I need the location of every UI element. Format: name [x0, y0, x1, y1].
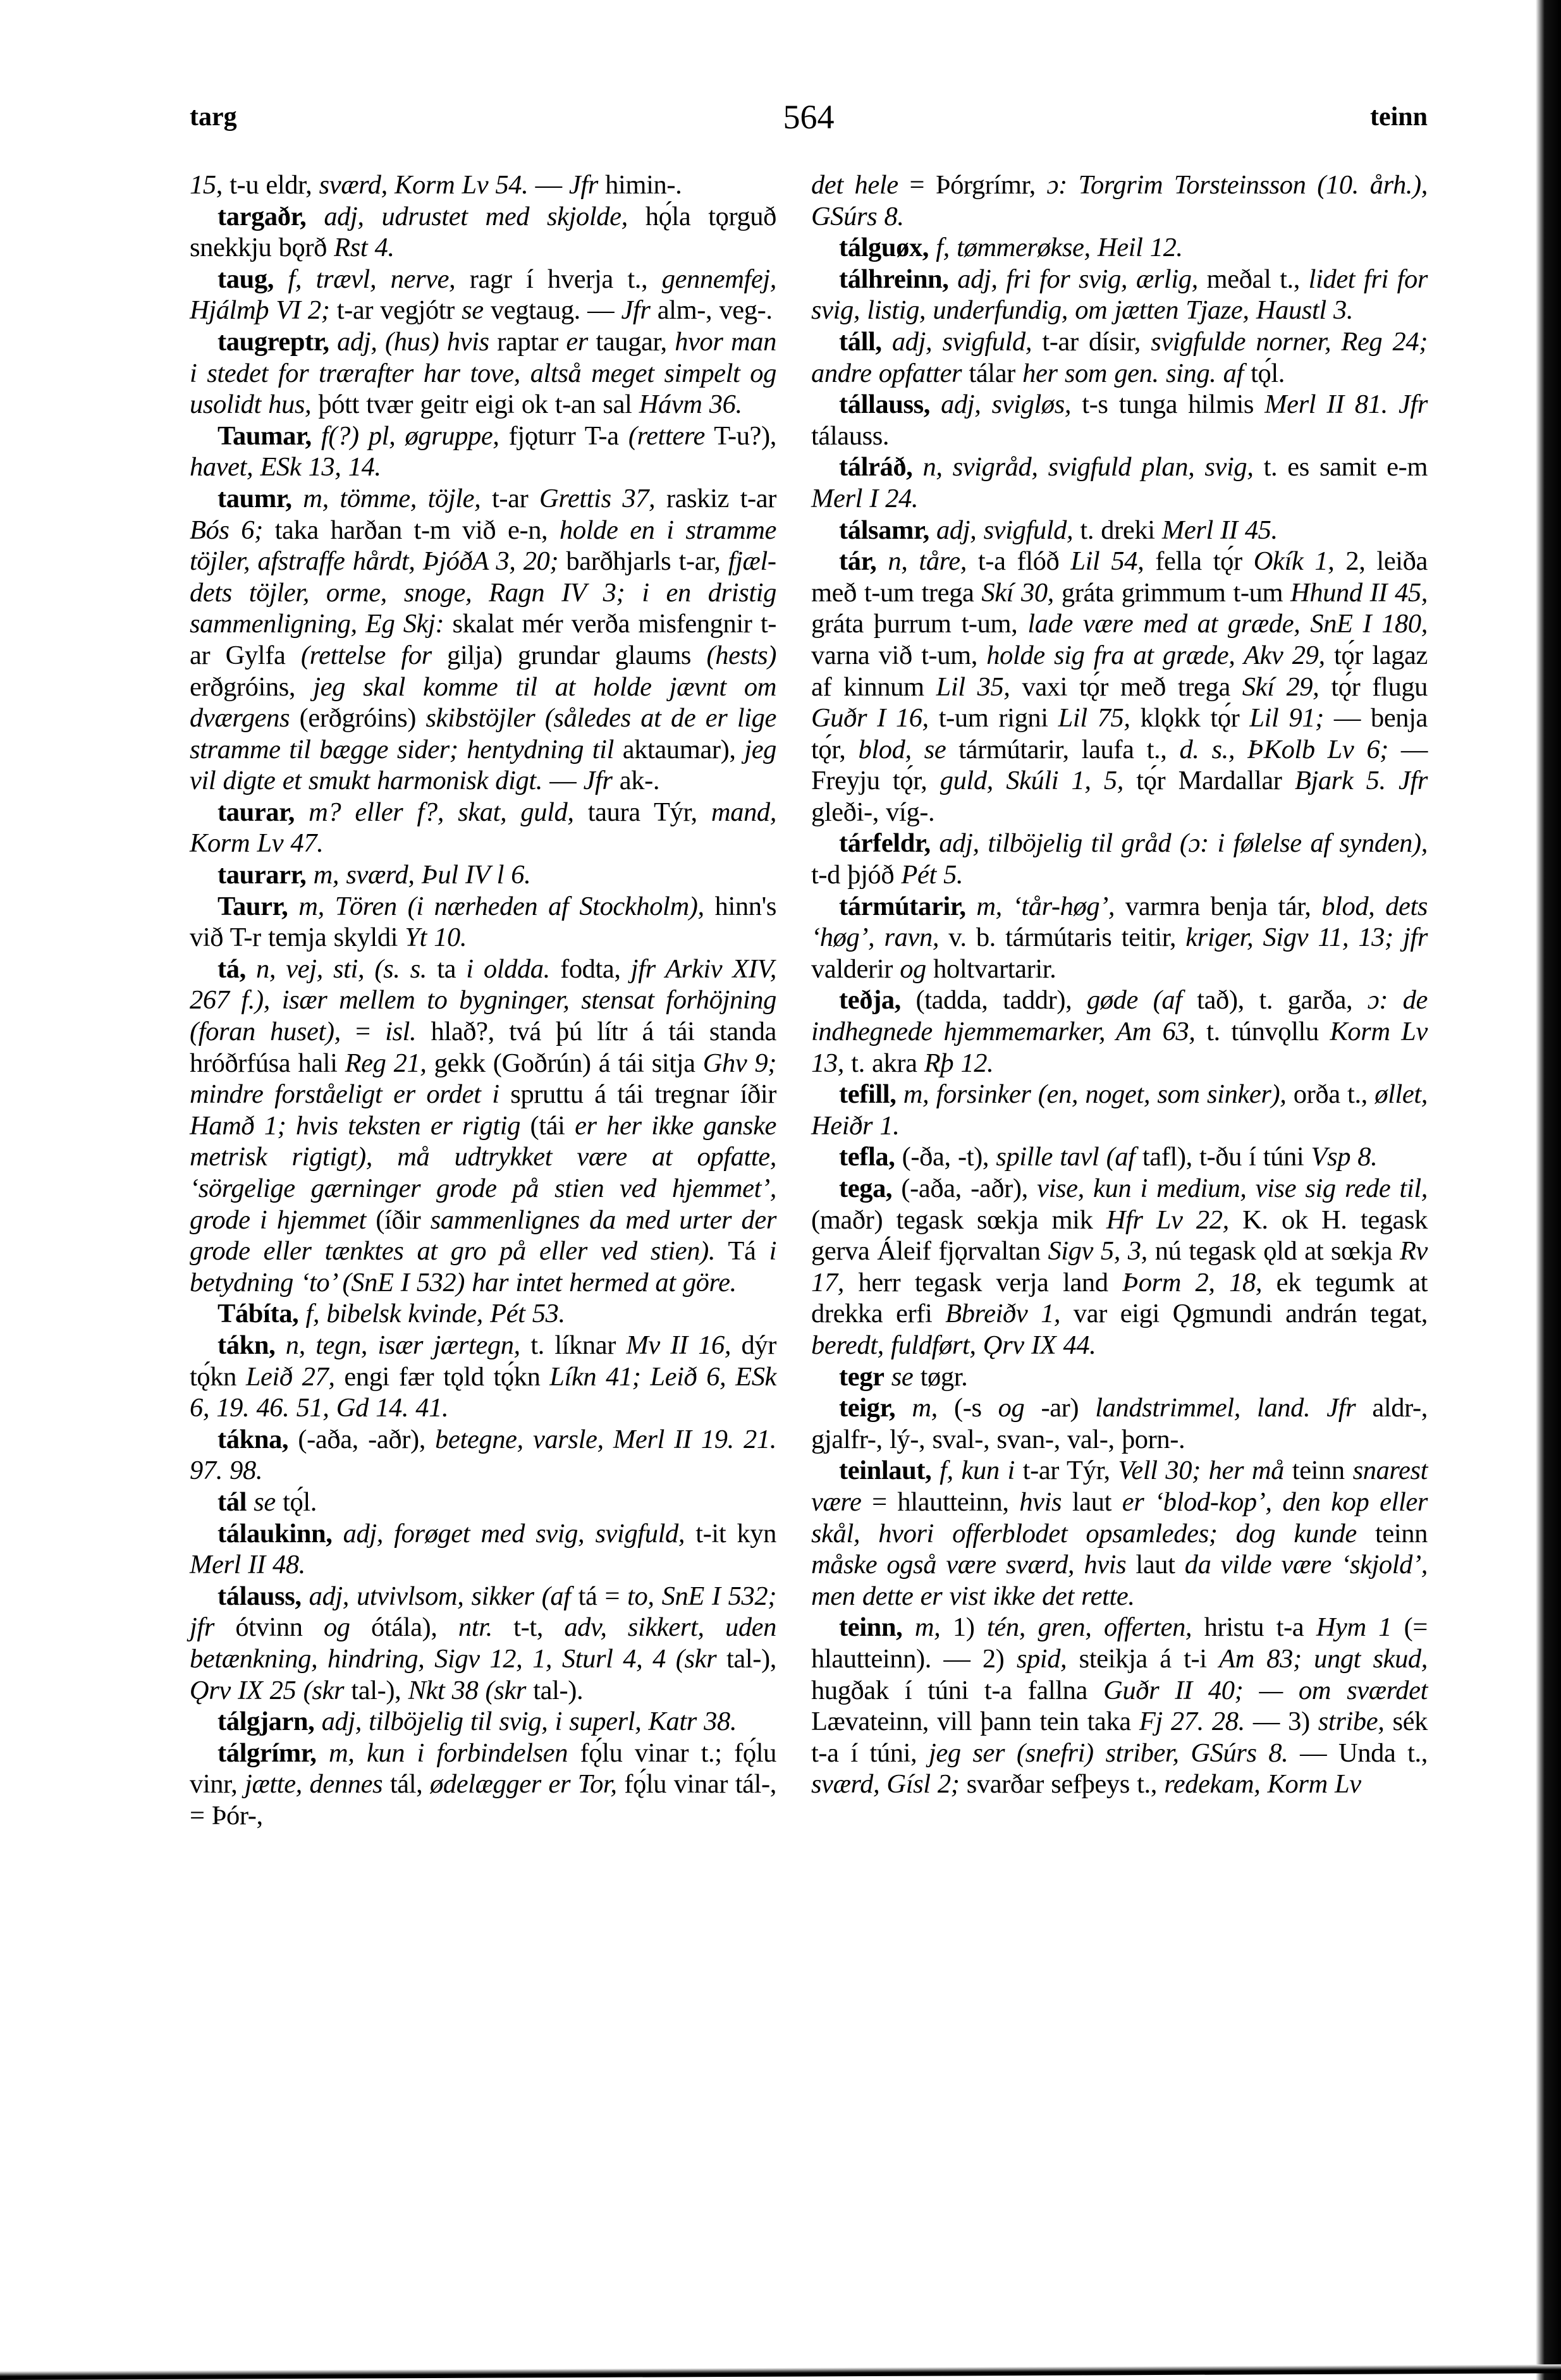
italic-gloss: lade være med at græde, SnE I 180, [1027, 609, 1428, 639]
roman-text: himin-. [598, 170, 682, 200]
roman-text [329, 327, 338, 357]
roman-text: laut [1062, 1487, 1122, 1517]
italic-gloss: Skí 30, [981, 578, 1054, 608]
italic-gloss: det hele [811, 170, 898, 200]
italic-gloss: m, tömme, töjle, [303, 484, 481, 513]
italic-gloss: spid, [1017, 1644, 1067, 1674]
italic-gloss: adj, fri for svig, ærlig, [957, 264, 1198, 294]
roman-text: ta [427, 954, 466, 984]
italic-gloss: og [324, 1612, 350, 1642]
roman-text: orða t., [1286, 1079, 1374, 1109]
roman-text: ótála), [350, 1612, 458, 1642]
roman-text: varna við t-um, [811, 641, 986, 670]
roman-text: tálar [962, 359, 1022, 388]
roman-text: gleði-, víg-. [811, 797, 934, 827]
scan-edge-shadow-right [1536, 0, 1561, 2380]
roman-text: alm-, veg-. [650, 295, 772, 325]
italic-gloss: gøde (af [1087, 985, 1182, 1015]
headword: tár, [839, 546, 876, 576]
roman-text: ragr í hverja t., [455, 264, 661, 294]
roman-text [902, 1612, 915, 1642]
dictionary-entry: tálhreinn, adj, fri for svig, ærlig, með… [811, 264, 1428, 326]
italic-gloss: blod, se [859, 735, 946, 764]
roman-text [247, 1487, 254, 1517]
headword: tálsamr, [839, 515, 929, 545]
italic-gloss: Hym 1 [1316, 1612, 1392, 1642]
roman-text: valderir [811, 954, 900, 984]
roman-text [302, 1581, 309, 1611]
italic-gloss: n, svigråd, svigfuld plan, svig, [923, 452, 1254, 482]
roman-text: tǫ́l. [276, 1487, 317, 1517]
headword: teigr, [839, 1393, 895, 1423]
roman-text: tøgr. [913, 1362, 967, 1392]
italic-gloss: adj, tilböjelig til gråd (ɔ: i følelse a… [939, 828, 1428, 858]
italic-gloss: m, Tören (i nærheden af Stock­holm), [298, 892, 704, 921]
italic-gloss: (rettelse for [301, 641, 432, 670]
italic-gloss: holde sig fra at græde, Akv 29, [986, 641, 1325, 670]
headword: Taumar, [217, 421, 312, 451]
italic-gloss: Skí 29, [1242, 672, 1319, 702]
roman-text: , t-u eldr, [216, 170, 319, 200]
dictionary-entry: tár, n, tåre, t-a flóð Lil 54, fella tǫ́… [811, 546, 1428, 828]
dictionary-entry: tál se tǫ́l. [190, 1487, 776, 1518]
roman-text [966, 892, 977, 921]
italic-gloss: Leið 27, [246, 1362, 335, 1392]
roman-text: hugðak í túni t-a fallna [811, 1676, 1103, 1705]
italic-gloss: adj, (hus) hvis [337, 327, 489, 357]
italic-gloss: Sigv 5, 3, [1048, 1236, 1147, 1266]
dictionary-entry: tákna, (-aða, -aðr), betegne, varsle, Me… [190, 1424, 776, 1487]
italic-gloss: stribe, [1318, 1707, 1385, 1736]
italic-gloss: Reg 21, [345, 1048, 427, 1078]
roman-text: laut [1126, 1550, 1185, 1580]
roman-text: tál, [383, 1769, 430, 1799]
roman-text [896, 1079, 903, 1109]
roman-text: (-aða, -aðr), [892, 1174, 1037, 1203]
italic-gloss: Nkt 38 (skr [408, 1676, 526, 1705]
roman-text: taura Týr, [574, 797, 711, 827]
roman-text: tal-), [344, 1676, 408, 1705]
italic-gloss: sværd, Korm Lv 54. [319, 170, 529, 200]
italic-gloss: f, kun i [940, 1456, 1015, 1485]
italic-gloss: Guðr I 16, [811, 703, 929, 733]
italic-gloss: Bjark 5. Jfr [1295, 766, 1428, 795]
headword: taurarr, [217, 860, 306, 890]
roman-text [298, 1299, 305, 1328]
roman-text: = [341, 1017, 385, 1046]
roman-text: fodta, [550, 954, 631, 984]
roman-text: (-s [938, 1393, 998, 1423]
roman-text [295, 797, 309, 827]
roman-text: = Þórgrímr, [898, 170, 1047, 200]
italic-gloss: Merl II 45. [1162, 515, 1278, 545]
roman-text: spruttu á tái tregnar íðir [499, 1079, 776, 1109]
italic-gloss: Mv II 16, [626, 1330, 731, 1360]
italic-gloss: spille tavl (af [996, 1142, 1135, 1172]
headword: tállauss, [839, 390, 930, 419]
roman-text: ótvinn [214, 1612, 324, 1642]
italic-gloss: se [254, 1487, 276, 1517]
dictionary-entry: teinlaut, f, kun i t-ar Týr, Vell 30; he… [811, 1455, 1428, 1612]
headword: tálgjarn, [217, 1707, 314, 1736]
dictionary-entry: tármútarir, m, ‘tår-høg’, varmra benja t… [811, 891, 1428, 985]
roman-text: (maðr) tegask sœkja mik [811, 1205, 1106, 1235]
roman-text [312, 421, 321, 451]
roman-text: — 3) [1245, 1707, 1318, 1736]
dictionary-entry: tálguøx, f, tømmerøkse, Heil 12. [811, 232, 1428, 264]
italic-gloss: adj, tilböjelig til svig, i superl, Katr… [322, 1707, 737, 1736]
roman-text [274, 264, 288, 294]
italic-gloss: adj, svigløs, [941, 390, 1071, 419]
dictionary-entry: teinn, m, 1) tén, gren, offerten, hristu… [811, 1612, 1428, 1800]
roman-text: t. akra [844, 1048, 924, 1078]
roman-text: raptar [489, 327, 566, 357]
italic-gloss: f(?) pl, øgruppe, [321, 421, 499, 451]
italic-gloss: f, bibelsk kvinde, Pét 53. [306, 1299, 565, 1328]
roman-text: þótt tvær geitr eigi ok t-an sal [311, 390, 639, 419]
italic-gloss: Lil 54, [1070, 546, 1144, 576]
headword: taurar, [217, 797, 295, 827]
roman-text: meðal t., [1198, 264, 1309, 294]
roman-text [306, 860, 313, 890]
headword: teinlaut, [839, 1456, 931, 1485]
italic-gloss: n, tåre, [888, 546, 967, 576]
roman-text: engi fær tǫld tǫ́kn [335, 1362, 550, 1392]
italic-gloss: Bós 6; [190, 515, 263, 545]
italic-gloss: her som gen. sing. af [1022, 359, 1244, 388]
roman-text [929, 233, 936, 262]
italic-gloss: isl. [385, 1017, 416, 1046]
roman-text: t-it kyn [685, 1519, 776, 1549]
headword: targaðr, [217, 202, 306, 231]
dictionary-entry: tállauss, adj, svigløs, t-s tunga hilmis… [811, 389, 1428, 451]
italic-gloss: havet, ESk 13, 14. [190, 452, 381, 482]
roman-text: hristu t-a [1192, 1612, 1316, 1642]
roman-text: tálauss. [811, 421, 889, 451]
headword: tálráð, [839, 452, 912, 482]
italic-gloss: Lil 91; [1249, 703, 1324, 733]
roman-text: steikja á t-i [1067, 1644, 1219, 1674]
dictionary-entry: tefla, (-ða, -t), spille tavl (af tafl),… [811, 1141, 1428, 1173]
headword: Taurr, [217, 892, 288, 921]
dictionary-entry: tálgjarn, adj, tilböjelig til svig, i su… [190, 1706, 776, 1738]
roman-text: t-t, [493, 1612, 565, 1642]
roman-text: (íðir [366, 1205, 431, 1235]
dictionary-entry: taug, f, trævl, nerve, ragr í hverja t.,… [190, 264, 776, 326]
dictionary-entry-continued: 15, t-u eldr, sværd, Korm Lv 54. — Jfr h… [190, 169, 776, 201]
italic-gloss: n, vej, sti, (s. s. [256, 954, 427, 984]
roman-text [885, 1362, 891, 1392]
italic-gloss: Jfr [569, 170, 598, 200]
text-column-left: 15, t-u eldr, sværd, Korm Lv 54. — Jfr h… [190, 169, 776, 1831]
roman-text: tað), t. garða, [1182, 985, 1368, 1015]
roman-text: gráta grimmum t-um [1054, 578, 1290, 608]
italic-gloss: Guðr II 40; — om sværdet [1103, 1676, 1428, 1705]
italic-gloss: sværd, Gísl 2; [811, 1769, 960, 1799]
headword: tál [217, 1487, 247, 1517]
italic-gloss: m, ‘tår-høg’, [976, 892, 1115, 921]
dictionary-entry: taumr, m, tömme, töjle, t-ar Grettis 37,… [190, 483, 776, 797]
roman-text: holtvartarir. [926, 954, 1056, 984]
roman-text: tal-), [716, 1644, 776, 1674]
headword: teinn, [839, 1612, 902, 1642]
roman-text: t-a flóð [967, 546, 1070, 576]
headword: Tábíta, [217, 1299, 298, 1328]
italic-gloss: n, tegn, især jærtegn, [286, 1330, 520, 1360]
italic-gloss: f, trævl, nerve, [288, 264, 455, 294]
roman-text [931, 828, 940, 858]
roman-text: t-ar dísir, [1032, 327, 1151, 357]
italic-gloss: Hfr Lv 22, [1106, 1205, 1229, 1235]
roman-text: T-u?), [705, 421, 776, 451]
italic-gloss: m, kun i forbindelsen [329, 1738, 568, 1768]
roman-text: v. b. tármútaris teitir, [939, 923, 1185, 952]
roman-text: fjǫturr T-a [499, 421, 628, 451]
roman-text [275, 1330, 285, 1360]
italic-gloss: se [462, 295, 484, 325]
italic-gloss: Merl II 48. [190, 1550, 305, 1580]
roman-text [314, 1707, 321, 1736]
italic-gloss: m, [915, 1612, 941, 1642]
dictionary-entry: teðja, (tadda, taddr), gøde (af tað), t.… [811, 985, 1428, 1079]
dictionary-entry: tá, n, vej, sti, (s. s. ta i oldda. fodt… [190, 954, 776, 1299]
italic-gloss: Merl II 81. Jfr [1264, 390, 1428, 419]
roman-text: herr tegask verja land [844, 1268, 1122, 1297]
italic-gloss: d. s., ÞKolb Lv 6; [1179, 735, 1388, 764]
roman-text: teinn [1284, 1456, 1353, 1485]
roman-text: nú tegask ǫld at sœkja [1148, 1236, 1400, 1266]
roman-text: tǫ́r flugu [1319, 672, 1428, 702]
headword: tálaukinn, [217, 1519, 332, 1549]
roman-text: — Unda t., [1288, 1738, 1428, 1768]
headword: taumr, [217, 484, 292, 513]
headword: tefla, [839, 1142, 895, 1172]
italic-gloss: ntr. [458, 1612, 493, 1642]
italic-gloss: (hests) [706, 641, 776, 670]
roman-text: gilja) grundar glaums [432, 641, 707, 670]
roman-text [246, 954, 256, 984]
headword: tálauss, [217, 1581, 302, 1611]
italic-gloss: Rþ 12. [924, 1048, 994, 1078]
dictionary-entry: tálráð, n, svigråd, svigfuld plan, svig,… [811, 451, 1428, 514]
roman-text: (-aða, -aðr), [288, 1425, 435, 1454]
roman-text: barðhjarls t-ar, [558, 546, 728, 576]
roman-text: = hlautteinn, [861, 1487, 1019, 1517]
roman-text: t. es samit e-m [1253, 452, 1428, 482]
italic-gloss: Hávm 36. [639, 390, 742, 419]
roman-text: varmra benja tár, [1115, 892, 1321, 921]
roman-text [332, 1519, 343, 1549]
headword: tega, [839, 1174, 892, 1203]
roman-text: taka harðan t-m við e-n, [263, 515, 560, 545]
dictionary-entry: taurarr, m, sværd, Þul IV l 6. [190, 859, 776, 891]
dictionary-entry-continued: det hele = Þórgrímr, ɔ: Torgrim Tor­stei… [811, 169, 1428, 232]
italic-gloss: Hamð 1; hvis teksten er rigtig [190, 1111, 520, 1141]
italic-gloss: Okík 1, [1254, 546, 1335, 576]
roman-text [288, 892, 298, 921]
dictionary-entry: tálsamr, adj, svigfuld, t. dreki Merl II… [811, 515, 1428, 546]
roman-text: svarðar sefþeys t., [960, 1769, 1165, 1799]
roman-text [292, 484, 303, 513]
roman-text: t. dreki [1073, 515, 1162, 545]
headword: tálgrímr, [217, 1738, 317, 1768]
italic-gloss: Jfr [584, 766, 613, 795]
italic-gloss: m, forsinker (en, noget, som sin­ker), [903, 1079, 1287, 1109]
italic-gloss: adj, svigfuld, [936, 515, 1073, 545]
roman-text: -ar) [1024, 1393, 1095, 1423]
roman-text: var eigi Ǫgmundi andrán tegat, [1060, 1299, 1428, 1328]
italic-gloss: adj, svigfuld, [892, 327, 1032, 357]
dictionary-entry: táll, adj, svigfuld, t-ar dísir, svigful… [811, 326, 1428, 389]
roman-text: teinn [1357, 1519, 1428, 1549]
roman-text: taugar, [588, 327, 675, 357]
italic-gloss: Vell 30; her må [1118, 1456, 1285, 1485]
italic-gloss: jætte, dennes [245, 1769, 383, 1799]
italic-gloss: Bbreiðv 1, [945, 1299, 1060, 1328]
italic-gloss: (rettere [628, 421, 705, 451]
page-number: 564 [190, 101, 1428, 133]
dictionary-entry: tálgrímr, m, kun i forbindelsen fǫ́lu vi… [190, 1738, 776, 1832]
headword: tálhreinn, [839, 264, 949, 294]
italic-gloss: er [566, 327, 588, 357]
roman-text: aktaumar), [614, 735, 744, 764]
italic-gloss: og [900, 954, 926, 984]
roman-text: tafl), t-ðu í túni [1136, 1142, 1311, 1172]
roman-text: fella tǫ́r [1144, 546, 1253, 576]
italic-gloss: se [891, 1362, 914, 1392]
italic-gloss: Hhund II 45, [1290, 578, 1428, 608]
roman-text: gekk (Goðrún) á tái sitja [427, 1048, 703, 1078]
roman-text: tá = [571, 1581, 628, 1611]
italic-gloss: adj, forøget med svig, svig­fuld, [343, 1519, 685, 1549]
roman-text [949, 264, 958, 294]
roman-text [876, 546, 888, 576]
roman-text: Lævateinn, vill þann tein taka [811, 1707, 1139, 1736]
dictionary-entry: tálaukinn, adj, forøget med svig, svig­f… [190, 1518, 776, 1581]
roman-text [306, 202, 324, 231]
roman-text: raskiz t-ar [655, 484, 776, 513]
italic-gloss: og [998, 1393, 1025, 1423]
dictionary-entry: tefill, m, forsinker (en, noget, som sin… [811, 1079, 1428, 1141]
italic-gloss: Rst 4. [334, 233, 394, 262]
italic-gloss: Merl I 24. [811, 484, 918, 513]
italic-gloss: landstrimmel, land. Jfr [1095, 1393, 1356, 1423]
headword: tefill, [839, 1079, 896, 1109]
italic-gloss: Pét 5. [901, 860, 963, 890]
italic-gloss: Þorm 2, 18, [1122, 1268, 1262, 1297]
italic-gloss: måske også være sværd, hvis [811, 1550, 1126, 1580]
headword: teðja, [839, 985, 901, 1015]
roman-text: tal-). [526, 1676, 583, 1705]
italic-gloss: 15 [190, 170, 216, 200]
roman-text: vaxi tǫ́r með trega [1010, 672, 1242, 702]
italic-gloss: Lil 75, [1058, 703, 1130, 733]
headword: tálguøx, [839, 233, 929, 262]
roman-text: t-um rigni [929, 703, 1058, 733]
roman-text: (-ða, -t), [895, 1142, 996, 1172]
roman-text: t. líknar [520, 1330, 627, 1360]
roman-text: vegtaug. — [484, 295, 621, 325]
italic-gloss: m, [912, 1393, 938, 1423]
dictionary-entry: taugreptr, adj, (hus) hvis raptar er tau… [190, 326, 776, 420]
italic-gloss: Grettis 37, [539, 484, 655, 513]
running-head-last-word: teinn [1370, 101, 1428, 133]
headword: taugreptr, [217, 327, 329, 357]
italic-gloss: m? eller f?, skat, guld, [309, 797, 573, 827]
dictionary-entry: tega, (-aða, -aðr), vise, kun i medium, … [811, 1173, 1428, 1361]
italic-gloss: kriger, Sigv 11, 13; jfr [1185, 923, 1428, 952]
italic-gloss: adj, utvivlsom, sikker (af [309, 1581, 571, 1611]
roman-text: klǫkk tǫ́r [1130, 703, 1250, 733]
headword: tákn, [217, 1330, 275, 1360]
italic-gloss: vise, kun i medium, vise sig rede til, [1037, 1174, 1428, 1203]
italic-gloss: adj, udrustet med skjolde, [324, 202, 628, 231]
italic-gloss: tén, gren, offerten, [987, 1612, 1192, 1642]
dictionary-entry: tárfeldr, adj, tilböjelig til gråd (ɔ: i… [811, 828, 1428, 890]
headword: táll, [839, 327, 882, 357]
running-head: targ 564 teinn [190, 101, 1428, 133]
italic-gloss: Yt 10. [405, 923, 467, 952]
italic-gloss: jeg ser (snefri) striber, GSúrs 8. [929, 1738, 1288, 1768]
roman-text [929, 515, 936, 545]
roman-text: 1) [940, 1612, 987, 1642]
headword: tárfeldr, [839, 828, 931, 858]
roman-text [882, 327, 892, 357]
italic-gloss: Jfr [621, 295, 650, 325]
scan-edge-shadow-bottom [0, 2364, 1561, 2380]
italic-gloss: i oldda. [466, 954, 550, 984]
italic-gloss: redekam, Korm Lv [1164, 1769, 1361, 1799]
roman-text: erðgró­ins, [190, 672, 313, 702]
italic-gloss: hvis [1019, 1487, 1062, 1517]
headword: tákna, [217, 1425, 288, 1454]
roman-text [912, 452, 922, 482]
dictionary-entry: Tábíta, f, bibelsk kvinde, Pét 53. [190, 1298, 776, 1330]
roman-text [931, 1456, 940, 1485]
dictionary-entry: Taurr, m, Tören (i nærheden af Stock­hol… [190, 891, 776, 954]
roman-text: t-d þjóð [811, 860, 901, 890]
roman-text: — [542, 766, 584, 795]
italic-gloss: Lil 35, [936, 672, 1010, 702]
roman-text: — [528, 170, 569, 200]
dictionary-entry: teigr, m, (-s og -ar) landstrimmel, land… [811, 1392, 1428, 1455]
roman-text: gráta þurrum t-um, [811, 609, 1027, 639]
roman-text: ak-. [613, 766, 660, 795]
dictionary-entry: tegr se tøgr. [811, 1361, 1428, 1393]
text-column-right: det hele = Þórgrímr, ɔ: Torgrim Tor­stei… [811, 169, 1428, 1800]
roman-text: Tá [715, 1236, 769, 1266]
italic-gloss: f, tømmerøkse, Heil 12. [936, 233, 1182, 262]
italic-gloss: m, sværd, Þul IV l 6. [314, 860, 531, 890]
headword: tá, [217, 954, 246, 984]
dictionary-entry: tálauss, adj, utvivlsom, sikker (af tá =… [190, 1581, 776, 1706]
roman-text: t. túnvǫllu [1195, 1017, 1330, 1046]
roman-text [930, 390, 941, 419]
dictionary-entry: Taumar, f(?) pl, øgruppe, fjǫturr T-a (r… [190, 420, 776, 483]
roman-text: tǫ́r Mardallar [1123, 766, 1295, 795]
headword: tármútarir, [839, 892, 966, 921]
italic-gloss: øde­lægger er Tor, [430, 1769, 617, 1799]
roman-text: (tadda, taddr), [901, 985, 1087, 1015]
italic-gloss: Am 83; ungt skud, [1219, 1644, 1428, 1674]
headword: taug, [217, 264, 274, 294]
roman-text: t-ar [481, 484, 539, 513]
roman-text: t-ar vegjótr [329, 295, 462, 325]
roman-text: (tái [520, 1111, 575, 1141]
roman-text [895, 1393, 912, 1423]
roman-text: tár­mútarir, laufa t., [946, 735, 1179, 764]
dictionary-entry: targaðr, adj, udrustet med skjolde, hǫ́l… [190, 201, 776, 264]
